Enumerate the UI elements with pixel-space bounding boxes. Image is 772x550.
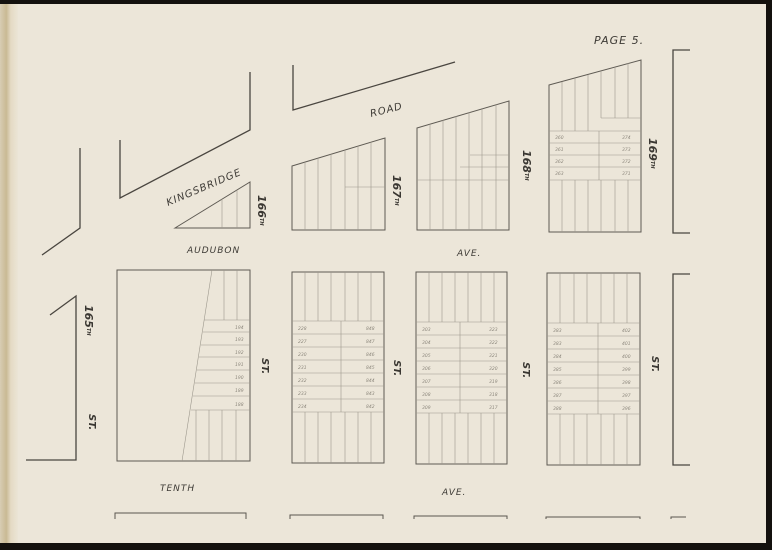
svg-text:323: 323 [489, 327, 498, 333]
svg-text:233: 233 [298, 391, 307, 397]
svg-text:385: 385 [553, 367, 562, 373]
block-bottom-4: 383 383 384 385 386 387 388 402 401 400 … [547, 273, 640, 465]
svg-text:317: 317 [489, 405, 498, 411]
svg-text:227: 227 [298, 339, 307, 345]
svg-text:396: 396 [622, 406, 631, 412]
left-fragment-top [42, 148, 80, 255]
svg-text:845: 845 [366, 365, 375, 371]
svg-text:363: 363 [555, 171, 564, 177]
street-167-label: 167 TH [390, 175, 403, 206]
block-top-4: 360 361 362 363 374 373 372 371 [549, 60, 641, 232]
svg-text:843: 843 [366, 391, 375, 397]
svg-text:319: 319 [489, 379, 498, 385]
svg-text:TH: TH [393, 198, 399, 206]
tenth-ave-label: AVE. [441, 488, 466, 498]
svg-text:383: 383 [553, 328, 562, 334]
svg-text:371: 371 [622, 171, 631, 177]
block-bottom-5-edge [673, 274, 690, 465]
road-label: ROAD [369, 101, 404, 120]
block-top-2 [292, 138, 385, 230]
svg-text:361: 361 [555, 147, 564, 153]
svg-text:388: 388 [553, 406, 562, 412]
block-bottom-1: 194 193 192 191 190 189 188 [117, 270, 250, 461]
svg-text:166: 166 [255, 195, 268, 218]
svg-text:304: 304 [422, 340, 431, 346]
st-label-168: ST. [520, 362, 531, 378]
svg-text:846: 846 [366, 352, 375, 358]
svg-text:848: 848 [366, 326, 375, 332]
svg-text:231: 231 [298, 365, 307, 371]
svg-text:234: 234 [298, 404, 307, 410]
svg-text:307: 307 [422, 379, 431, 385]
svg-text:191: 191 [235, 362, 244, 368]
svg-text:232: 232 [298, 378, 307, 384]
page-number-label: PAGE 5. [594, 34, 644, 47]
block-bottom-3: 303 304 305 306 307 308 309 323 322 321 … [416, 272, 507, 464]
svg-text:306: 306 [422, 366, 431, 372]
svg-text:387: 387 [553, 393, 562, 399]
svg-text:167: 167 [390, 175, 403, 198]
svg-text:188: 188 [235, 402, 244, 408]
svg-text:305: 305 [422, 353, 431, 359]
svg-text:TH: TH [85, 328, 91, 336]
svg-text:321: 321 [489, 353, 498, 359]
svg-text:383: 383 [553, 341, 562, 347]
svg-text:TH: TH [523, 173, 529, 181]
tenth-label: TENTH [160, 484, 195, 494]
kingsbridge-label: KINGSBRIDGE [165, 167, 243, 209]
svg-text:402: 402 [622, 328, 631, 334]
svg-text:398: 398 [622, 380, 631, 386]
st-label-166: ST. [259, 358, 270, 374]
svg-text:194: 194 [235, 325, 244, 331]
road-edge-upper [293, 62, 455, 110]
svg-text:360: 360 [555, 135, 564, 141]
property-map: PAGE 5. KINGSBRIDGE ROAD AUDUBON AVE. TE… [0, 0, 772, 550]
block-bottom-2: 228 227 230 231 232 233 234 848 847 846 … [292, 272, 384, 463]
svg-text:303: 303 [422, 327, 431, 333]
street-165-label: 165 TH [82, 305, 95, 336]
street-166-label: 166 TH [255, 195, 268, 226]
svg-text:189: 189 [235, 388, 244, 394]
svg-text:193: 193 [235, 337, 244, 343]
street-168-label: 168 TH [520, 150, 533, 181]
svg-text:842: 842 [366, 404, 375, 410]
street-169-label: 169 TH [646, 138, 659, 169]
svg-text:168: 168 [520, 150, 533, 173]
svg-text:386: 386 [553, 380, 562, 386]
st-label-167: ST. [391, 360, 402, 376]
svg-text:TH: TH [258, 218, 264, 226]
left-fragment-bottom [26, 296, 76, 460]
block-top-5-edge [673, 50, 690, 233]
svg-text:362: 362 [555, 159, 564, 165]
svg-text:230: 230 [298, 352, 307, 358]
svg-text:397: 397 [622, 393, 631, 399]
svg-text:384: 384 [553, 354, 562, 360]
st-label-165: ST. [86, 414, 97, 430]
svg-text:TH: TH [649, 161, 655, 169]
svg-text:192: 192 [235, 350, 244, 356]
svg-text:401: 401 [622, 341, 631, 347]
svg-text:308: 308 [422, 392, 431, 398]
svg-text:373: 373 [622, 147, 631, 153]
svg-text:399: 399 [622, 367, 631, 373]
tenth-ave-curbs [115, 513, 686, 519]
svg-text:372: 372 [622, 159, 631, 165]
svg-text:169: 169 [646, 138, 659, 161]
st-label-169: ST. [649, 356, 660, 372]
svg-text:322: 322 [489, 340, 498, 346]
audubon-label: AUDUBON [186, 246, 240, 256]
svg-text:190: 190 [235, 375, 244, 381]
block-top-3 [417, 101, 509, 230]
svg-text:318: 318 [489, 392, 498, 398]
svg-text:374: 374 [622, 135, 631, 141]
svg-text:165: 165 [82, 305, 95, 328]
svg-text:844: 844 [366, 378, 375, 384]
svg-text:228: 228 [298, 326, 307, 332]
svg-text:320: 320 [489, 366, 498, 372]
svg-text:309: 309 [422, 405, 431, 411]
svg-text:847: 847 [366, 339, 375, 345]
audubon-ave-label: AVE. [456, 249, 481, 259]
svg-text:400: 400 [622, 354, 631, 360]
